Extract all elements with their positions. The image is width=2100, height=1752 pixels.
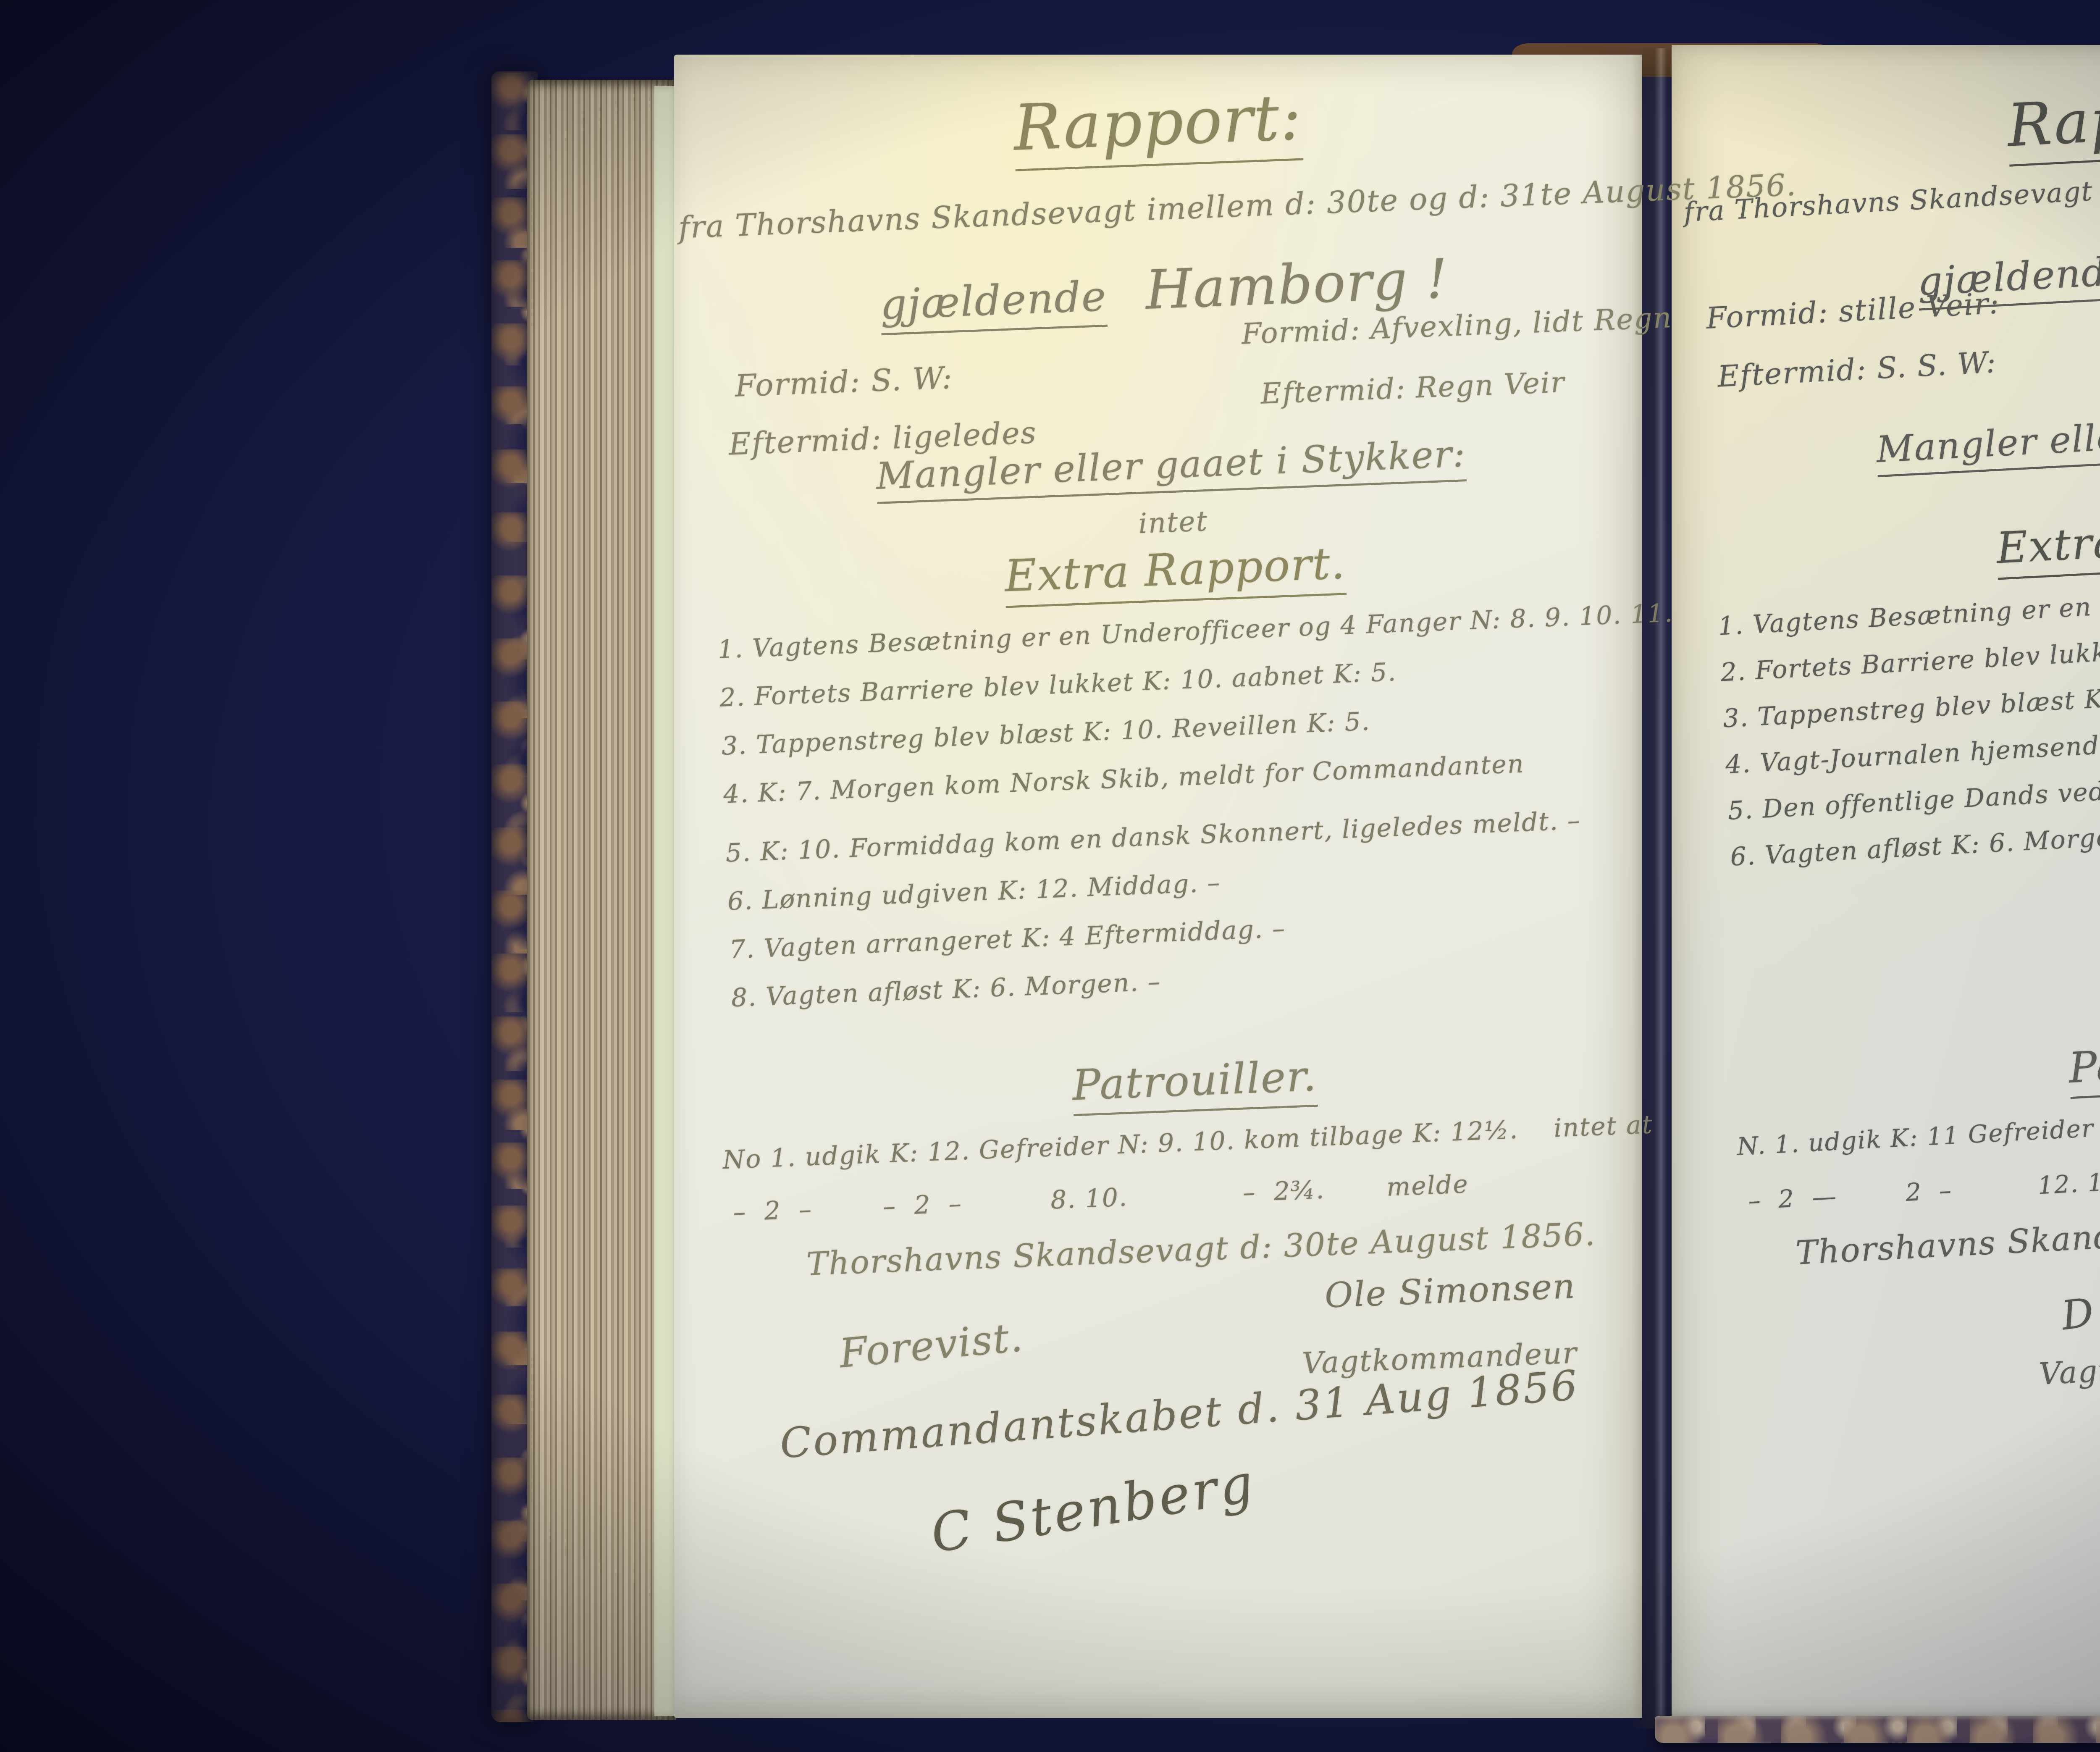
right-patrol-row2: – 2 — 2 – 12. 15. – 2. meld: xyxy=(1748,1151,2100,1215)
left-report-subtitle: fra Thorshavns Skandsevagt imellem d: 30… xyxy=(678,173,1645,245)
right-patrol-heading: Patrouiller. xyxy=(1728,1013,2100,1111)
left-patrol-row2: – 2 – – 2 – 8. 10. – 2¾. melde xyxy=(732,1169,1469,1227)
right-weather-afternoon: Eftermid: S. S. W: xyxy=(1717,345,1998,394)
left-parole-word: gjældende xyxy=(879,273,1108,336)
left-commander-signature: Ole Simonsen xyxy=(1324,1266,1576,1316)
scanned-book-photo: Rapport: fra Thorshavns Skandsevagt imel… xyxy=(0,0,2100,1752)
left-page-text: Rapport: fra Thorshavns Skandsevagt imel… xyxy=(672,22,1701,1713)
right-commander-title: Vagtkommandeur xyxy=(2038,1342,2100,1392)
report-item: 5. K: 10. Formiddag kom en dansk Skonner… xyxy=(725,806,1581,868)
report-item: 3. Tappenstreg blev blæst K: 10. Reveill… xyxy=(721,707,1371,761)
report-item: 4. K: 7. Morgen kom Norsk Skib, meldt fo… xyxy=(723,749,1525,809)
report-item: 7. Vagten arrangeret K: 4 Eftermiddag. – xyxy=(729,914,1286,964)
left-weather2-afternoon: Eftermid: Regn Veir xyxy=(1260,366,1565,411)
report-item: 1. Vagtens Besætning er en Underofficeer… xyxy=(717,598,1674,664)
commandant-note: Commandantskabet d. 31 Aug 1856 xyxy=(778,1361,1580,1468)
report-item: 6. Vagten afløst K: 6. Morgen. – xyxy=(1730,820,2100,872)
report-item: 2. Fortets Barriere blev lukket K: 10. a… xyxy=(719,657,1397,713)
left-patrol-row1: No 1. udgik K: 12. Gefreider N: 9. 10. k… xyxy=(722,1110,1654,1175)
left-patrol-heading: Patrouiller. xyxy=(711,1038,1678,1124)
left-parole-name: Hamborg ! xyxy=(1144,247,1450,322)
left-weather-forenoon: Formid: S. W: xyxy=(734,360,953,404)
report-item: 6. Lønning udgiven K: 12. Middag. – xyxy=(727,868,1221,916)
marbled-cover-edge-bottom xyxy=(1655,1716,2100,1743)
page-edge-fan xyxy=(527,80,676,1720)
left-reviewed-label: Forevist. xyxy=(837,1314,1025,1377)
right-damage-heading: Mangler eller gaaet i Stykker xyxy=(1696,390,2100,481)
right-commander-signature: D Samuelsen xyxy=(2059,1260,2100,1340)
right-report-title: Rapport. xyxy=(1678,61,2100,178)
left-report-title: Rapport: xyxy=(674,68,1642,178)
report-item: 8. Vagten afløst K: 6. Morgen. – xyxy=(731,967,1162,1013)
commandant-signature: C Stenberg xyxy=(927,1453,1260,1565)
